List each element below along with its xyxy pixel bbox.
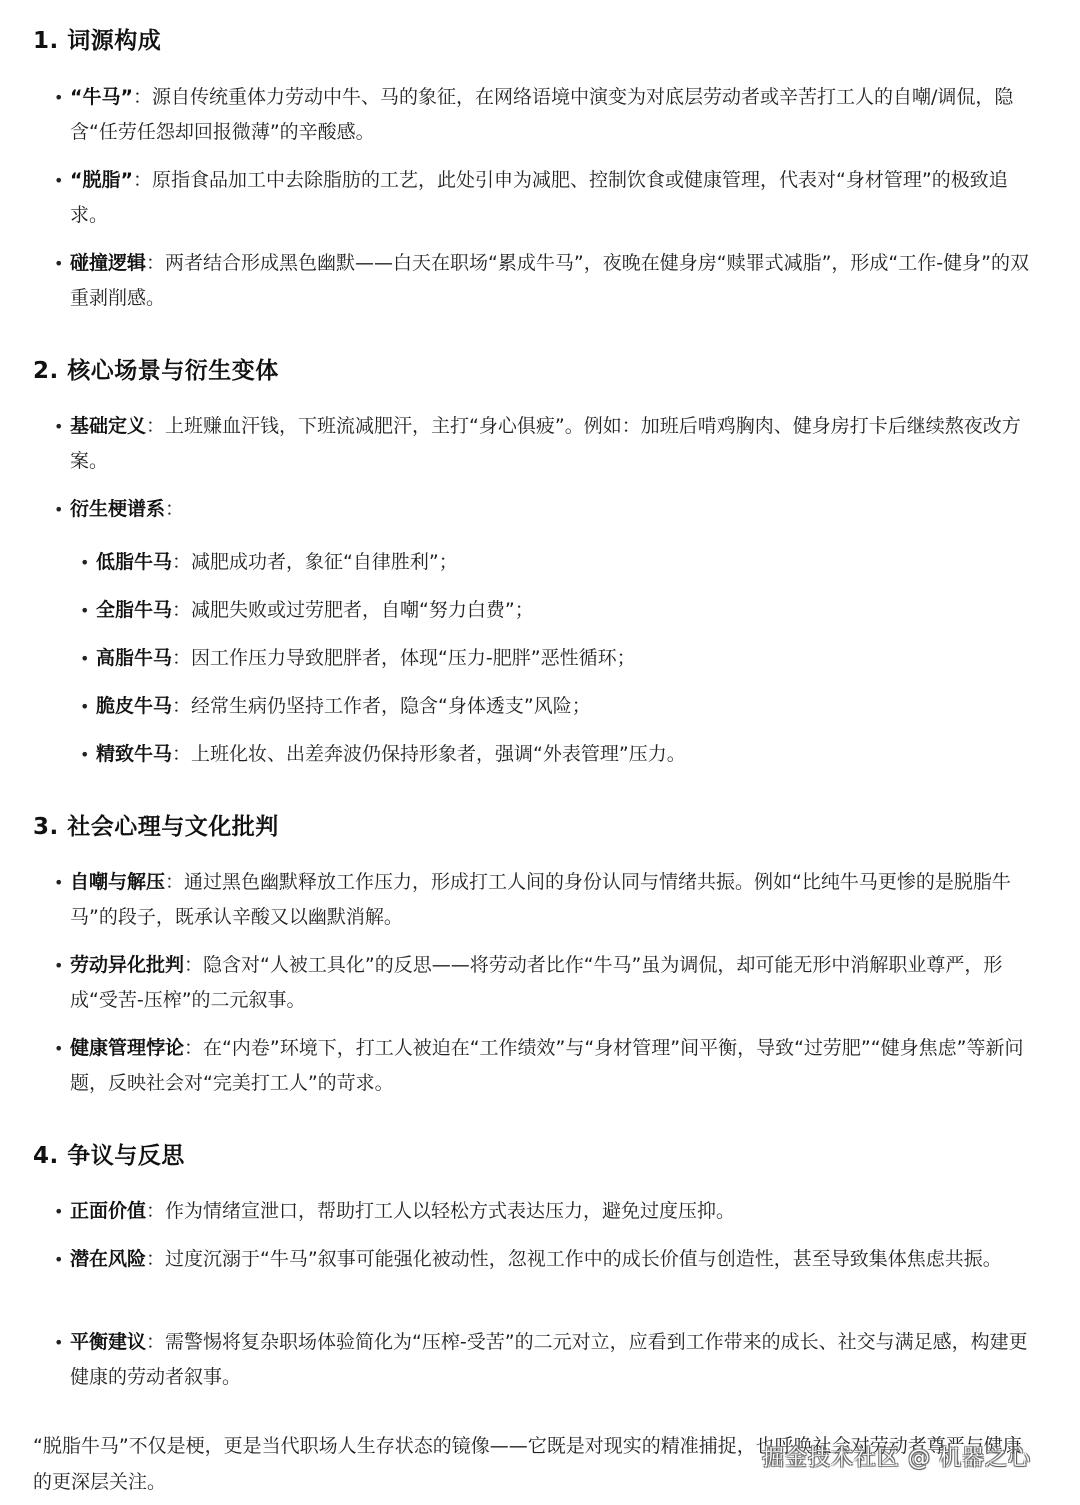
item-sep: ： bbox=[146, 252, 165, 274]
item-sep: ： bbox=[146, 1200, 165, 1222]
item-term: 平衡建议 bbox=[70, 1331, 146, 1353]
sub-list-item: • 全脂牛马：减肥失败或过劳肥者，自嘲“努力白费”； bbox=[96, 593, 1046, 628]
item-sep: ： bbox=[165, 871, 184, 893]
sub-list-item: • 低脂牛马：减肥成功者，象征“自律胜利”； bbox=[96, 545, 1046, 580]
list-item: • 碰撞逻辑：两者结合形成黑色幽默——白天在职场“累成牛马”，夜晚在健身房“赎罪… bbox=[70, 246, 1045, 316]
item-term: 碰撞逻辑 bbox=[70, 252, 146, 274]
bullet-icon: • bbox=[54, 1325, 63, 1360]
item-term: 精致牛马 bbox=[96, 743, 172, 765]
item-text: 在“内卷”环境下，打工人被迫在“工作绩效”与“身材管理”间平衡，导致“过劳肥”“… bbox=[70, 1037, 1023, 1094]
item-text: 上班化妆、出差奔波仍保持形象者，强调“外表管理”压力。 bbox=[191, 743, 686, 765]
bullet-icon: • bbox=[54, 80, 63, 115]
item-text: 两者结合形成黑色幽默——白天在职场“累成牛马”，夜晚在健身房“赎罪式减脂”，形成… bbox=[70, 252, 1029, 309]
item-sep: ： bbox=[172, 695, 191, 717]
section-title-social-psychology: 3. 社会心理与文化批判 bbox=[33, 808, 279, 841]
bullet-icon: • bbox=[54, 492, 63, 527]
item-term: 衍生梗谱系 bbox=[70, 498, 165, 520]
item-sep: ： bbox=[172, 743, 191, 765]
sub-list-item: • 脆皮牛马：经常生病仍坚持工作者，隐含“身体透支”风险； bbox=[96, 689, 1046, 724]
list-item: • “脱脂”：原指食品加工中去除脂肪的工艺，此处引申为减肥、控制饮食或健康管理，… bbox=[70, 163, 1045, 233]
list-item: • 潜在风险：过度沉溺于“牛马”叙事可能强化被动性，忽视工作中的成长价值与创造性… bbox=[70, 1242, 1045, 1277]
item-sep: ： bbox=[146, 415, 165, 437]
bullet-icon: • bbox=[54, 865, 63, 900]
bullet-icon: • bbox=[54, 1194, 63, 1229]
bullet-icon: • bbox=[80, 545, 89, 580]
list-item: • 正面价值：作为情绪宣泄口，帮助打工人以轻松方式表达压力，避免过度压抑。 bbox=[70, 1194, 1045, 1229]
item-term: 自嘲与解压 bbox=[70, 871, 165, 893]
item-term: 潜在风险 bbox=[70, 1248, 146, 1270]
sub-list-item: • 高脂牛马：因工作压力导致肥胖者，体现“压力-肥胖”恶性循环； bbox=[96, 641, 1046, 676]
item-sep: ： bbox=[146, 1248, 165, 1270]
item-text: 过度沉溺于“牛马”叙事可能强化被动性，忽视工作中的成长价值与创造性，甚至导致集体… bbox=[165, 1248, 1002, 1270]
item-text: 通过黑色幽默释放工作压力，形成打工人间的身份认同与情绪共振。例如“比纯牛马更惨的… bbox=[70, 871, 1011, 928]
item-sep: ： bbox=[184, 954, 203, 976]
bullet-icon: • bbox=[54, 1242, 63, 1277]
bullet-icon: • bbox=[80, 737, 89, 772]
item-sep: ： bbox=[165, 498, 184, 520]
item-term: 低脂牛马 bbox=[96, 551, 172, 573]
item-text: 原指食品加工中去除脂肪的工艺，此处引申为减肥、控制饮食或健康管理，代表对“身材管… bbox=[70, 169, 1008, 226]
item-text: 减肥失败或过劳肥者，自嘲“努力白费”； bbox=[191, 599, 534, 621]
bullet-icon: • bbox=[80, 689, 89, 724]
item-text: 上班赚血汗钱，下班流减肥汗，主打“身心俱疲”。例如：加班后啃鸡胸肉、健身房打卡后… bbox=[70, 415, 1021, 472]
item-sep: ： bbox=[184, 1037, 203, 1059]
item-text: 源自传统重体力劳动中牛、马的象征，在网络语境中演变为对底层劳动者或辛苦打工人的自… bbox=[70, 86, 1013, 143]
item-text: 因工作压力导致肥胖者，体现“压力-肥胖”恶性循环； bbox=[191, 647, 636, 669]
item-term: 全脂牛马 bbox=[96, 599, 172, 621]
bullet-icon: • bbox=[80, 641, 89, 676]
item-term: 脆皮牛马 bbox=[96, 695, 172, 717]
item-sep: ： bbox=[146, 1331, 165, 1353]
list-item: • 健康管理悖论：在“内卷”环境下，打工人被迫在“工作绩效”与“身材管理”间平衡… bbox=[70, 1031, 1045, 1101]
item-text: 需警惕将复杂职场体验简化为“压榨-受苦”的二元对立，应看到工作带来的成长、社交与… bbox=[70, 1331, 1028, 1388]
section-title-controversy: 4. 争议与反思 bbox=[33, 1137, 185, 1170]
item-term: 基础定义 bbox=[70, 415, 146, 437]
list-item: • 衍生梗谱系： bbox=[70, 492, 1045, 527]
item-text: 作为情绪宣泄口，帮助打工人以轻松方式表达压力，避免过度压抑。 bbox=[165, 1200, 735, 1222]
bullet-icon: • bbox=[54, 246, 63, 281]
item-sep: ： bbox=[172, 647, 191, 669]
list-item: • 平衡建议：需警惕将复杂职场体验简化为“压榨-受苦”的二元对立，应看到工作带来… bbox=[70, 1325, 1045, 1395]
item-sep: ： bbox=[172, 599, 191, 621]
item-sep: ： bbox=[172, 551, 191, 573]
bullet-icon: • bbox=[54, 163, 63, 198]
item-term: 正面价值 bbox=[70, 1200, 146, 1222]
item-text: 隐含对“人被工具化”的反思——将劳动者比作“牛马”虽为调侃，却可能无形中消解职业… bbox=[70, 954, 1002, 1011]
bullet-icon: • bbox=[54, 409, 63, 444]
bullet-icon: • bbox=[54, 1031, 63, 1066]
item-text: 经常生病仍坚持工作者，隐含“身体透支”风险； bbox=[191, 695, 591, 717]
watermark: 掘金技术社区 @ 机器之心 bbox=[762, 1441, 1031, 1472]
list-item: • 基础定义：上班赚血汗钱，下班流减肥汗，主打“身心俱疲”。例如：加班后啃鸡胸肉… bbox=[70, 409, 1045, 479]
item-term: 健康管理悖论 bbox=[70, 1037, 184, 1059]
item-term: “牛马” bbox=[70, 86, 133, 108]
sub-list-item: • 精致牛马：上班化妆、出差奔波仍保持形象者，强调“外表管理”压力。 bbox=[96, 737, 1046, 772]
item-text: 减肥成功者，象征“自律胜利”； bbox=[191, 551, 458, 573]
item-term: 高脂牛马 bbox=[96, 647, 172, 669]
list-item: • 劳动异化批判：隐含对“人被工具化”的反思——将劳动者比作“牛马”虽为调侃，却… bbox=[70, 948, 1045, 1018]
section-title-core-scenes: 2. 核心场景与衍生变体 bbox=[33, 352, 279, 385]
item-term: 劳动异化批判 bbox=[70, 954, 184, 976]
item-sep: ： bbox=[133, 169, 152, 191]
bullet-icon: • bbox=[80, 593, 89, 628]
section-title-etymology: 1. 词源构成 bbox=[33, 22, 161, 55]
item-sep: ： bbox=[133, 86, 152, 108]
bullet-icon: • bbox=[54, 948, 63, 983]
item-term: “脱脂” bbox=[70, 169, 133, 191]
list-item: • “牛马”：源自传统重体力劳动中牛、马的象征，在网络语境中演变为对底层劳动者或… bbox=[70, 80, 1045, 150]
list-item: • 自嘲与解压：通过黑色幽默释放工作压力，形成打工人间的身份认同与情绪共振。例如… bbox=[70, 865, 1045, 935]
